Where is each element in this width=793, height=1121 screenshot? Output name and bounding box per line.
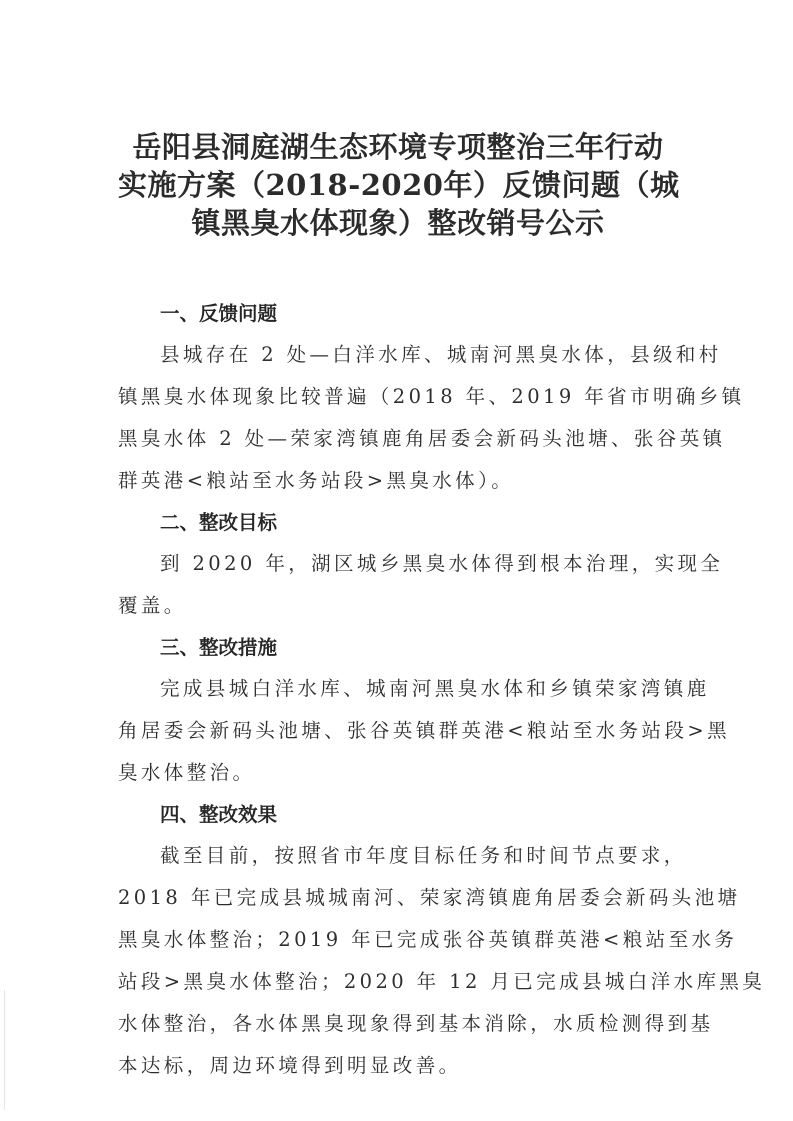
- section-paragraph: 县城存在 2 处—白洋水库、城南河黑臭水体，县级和村 镇黑臭水体现象比较普遍（2…: [118, 334, 678, 502]
- paragraph-line: 水体整治，各水体黑臭现象得到基本消除，水质检测得到基: [118, 1003, 678, 1045]
- section-feedback-issue: 一、反馈问题 县城存在 2 处—白洋水库、城南河黑臭水体，县级和村 镇黑臭水体现…: [118, 293, 678, 502]
- paragraph-line: 2018 年已完成县城城南河、荣家湾镇鹿角居委会新码头池塘: [118, 877, 678, 919]
- section-paragraph: 截至目前，按照省市年度目标任务和时间节点要求， 2018 年已完成县城城南河、荣…: [118, 835, 678, 1087]
- paragraph-line: 站段>黑臭水体整治；2020 年 12 月已完成县城白洋水库黑臭: [118, 961, 678, 1003]
- paragraph-line: 完成县城白洋水库、城南河黑臭水体和乡镇荣家湾镇鹿: [118, 668, 678, 710]
- document-page: 岳阳县洞庭湖生态环境专项整治三年行动 实施方案（2018-2020年）反馈问题（…: [118, 128, 678, 1087]
- paragraph-line: 到 2020 年，湖区城乡黑臭水体得到根本治理，实现全: [118, 543, 678, 585]
- paragraph-line: 黑臭水体 2 处—荣家湾镇鹿角居委会新码头池塘、张谷英镇: [118, 418, 678, 460]
- title-line: 镇黑臭水体现象）整改销号公示: [118, 204, 678, 242]
- title-line: 实施方案（2018-2020年）反馈问题（城: [118, 166, 678, 204]
- section-paragraph: 到 2020 年，湖区城乡黑臭水体得到根本治理，实现全 覆盖。: [118, 543, 678, 627]
- section-heading: 四、整改效果: [118, 794, 678, 835]
- paragraph-line: 臭水体整治。: [118, 752, 678, 794]
- paragraph-line: 本达标，周边环境得到明显改善。: [118, 1045, 678, 1087]
- title-line: 岳阳县洞庭湖生态环境专项整治三年行动: [118, 128, 678, 166]
- paragraph-line: 角居委会新码头池塘、张谷英镇群英港<粮站至水务站段>黑: [118, 710, 678, 752]
- document-title: 岳阳县洞庭湖生态环境专项整治三年行动 实施方案（2018-2020年）反馈问题（…: [118, 128, 678, 242]
- paragraph-line: 群英港<粮站至水务站段>黑臭水体）。: [118, 460, 678, 502]
- section-heading: 二、整改目标: [118, 502, 678, 543]
- paragraph-line: 黑臭水体整治；2019 年已完成张谷英镇群英港<粮站至水务: [118, 919, 678, 961]
- paragraph-line: 镇黑臭水体现象比较普遍（2018 年、2019 年省市明确乡镇: [118, 376, 678, 418]
- document-body: 一、反馈问题 县城存在 2 处—白洋水库、城南河黑臭水体，县级和村 镇黑臭水体现…: [118, 293, 678, 1087]
- section-rectification-results: 四、整改效果 截至目前，按照省市年度目标任务和时间节点要求， 2018 年已完成…: [118, 794, 678, 1087]
- paragraph-line: 覆盖。: [118, 585, 678, 627]
- scan-page-edge: [4, 990, 5, 1110]
- section-heading: 一、反馈问题: [118, 293, 678, 334]
- section-heading: 三、整改措施: [118, 627, 678, 668]
- section-paragraph: 完成县城白洋水库、城南河黑臭水体和乡镇荣家湾镇鹿 角居委会新码头池塘、张谷英镇群…: [118, 668, 678, 794]
- paragraph-line: 县城存在 2 处—白洋水库、城南河黑臭水体，县级和村: [118, 334, 678, 376]
- section-rectification-goal: 二、整改目标 到 2020 年，湖区城乡黑臭水体得到根本治理，实现全 覆盖。: [118, 502, 678, 627]
- paragraph-line: 截至目前，按照省市年度目标任务和时间节点要求，: [118, 835, 678, 877]
- section-rectification-measures: 三、整改措施 完成县城白洋水库、城南河黑臭水体和乡镇荣家湾镇鹿 角居委会新码头池…: [118, 627, 678, 794]
